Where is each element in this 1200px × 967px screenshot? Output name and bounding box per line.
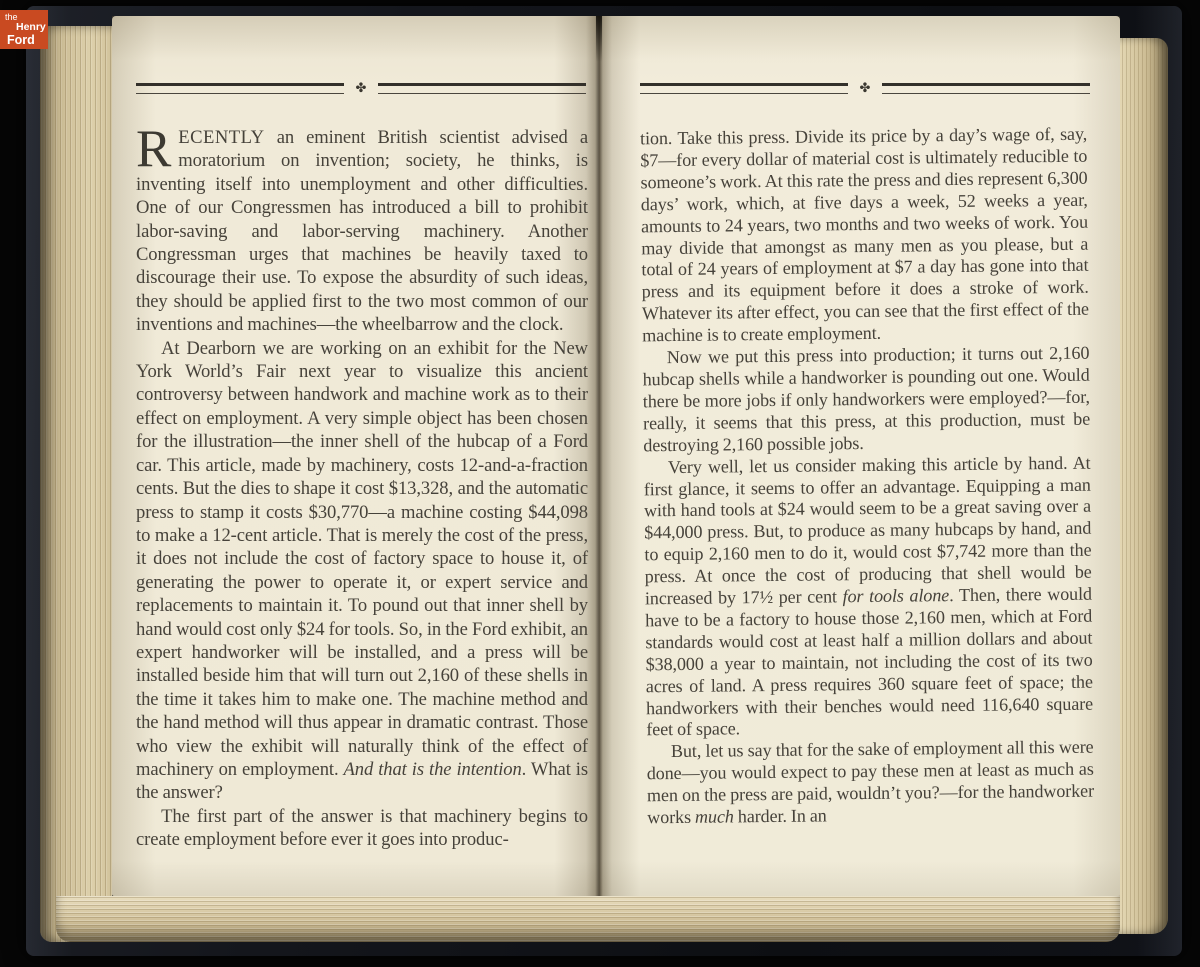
- right-page-edges: [1118, 38, 1168, 934]
- paragraph: But, let us say that for the sake of emp…: [646, 737, 1094, 829]
- fleuron-ornament-icon: ✤: [860, 82, 871, 94]
- rule-segment: [640, 83, 848, 94]
- text-segment: for tools alone: [842, 585, 949, 606]
- paragraph: tion. Take this press. Divide its price …: [640, 124, 1089, 348]
- left-page-text: RECENTLY an eminent British scientist ad…: [136, 126, 588, 852]
- left-page-edges: [40, 26, 112, 942]
- book-scan: ✤ ✤ RECENTLY an eminent British scientis…: [0, 0, 1200, 967]
- text-segment: The first part of the answer is that mac…: [136, 806, 588, 850]
- paragraph: RECENTLY an eminent British scientist ad…: [136, 126, 588, 337]
- drop-cap: R: [136, 126, 178, 170]
- left-header-rule: ✤: [136, 82, 586, 94]
- henry-ford-logo: the Henry Ford: [0, 10, 48, 49]
- logo-line-henry: Henry: [16, 22, 48, 33]
- rule-segment: [378, 83, 586, 94]
- text-segment: much: [695, 806, 734, 826]
- paragraph: The first part of the answer is that mac…: [136, 805, 588, 852]
- rule-segment: [882, 83, 1090, 94]
- right-page-text: tion. Take this press. Divide its price …: [640, 124, 1094, 830]
- paragraph: Now we put this press into production; i…: [642, 343, 1090, 457]
- right-header-rule: ✤: [640, 82, 1090, 94]
- text-segment: Now we put this press into production; i…: [643, 343, 1091, 455]
- rule-segment: [136, 83, 344, 94]
- text-segment: At Dearborn we are working on an exhibit…: [136, 338, 588, 780]
- text-segment: ECENTLY: [178, 127, 264, 148]
- text-segment: an eminent British scientist advised a m…: [136, 127, 588, 335]
- text-segment: harder. In an: [734, 806, 827, 827]
- bottom-page-edges: [56, 896, 1120, 942]
- text-segment: tion. Take this press. Divide its price …: [640, 124, 1089, 346]
- logo-line-ford: Ford: [7, 34, 48, 47]
- fleuron-ornament-icon: ✤: [356, 82, 367, 94]
- paragraph: Very well, let us consider making this a…: [643, 452, 1093, 741]
- text-segment: And that is the intention: [344, 759, 522, 780]
- paragraph: At Dearborn we are working on an exhibit…: [136, 337, 588, 805]
